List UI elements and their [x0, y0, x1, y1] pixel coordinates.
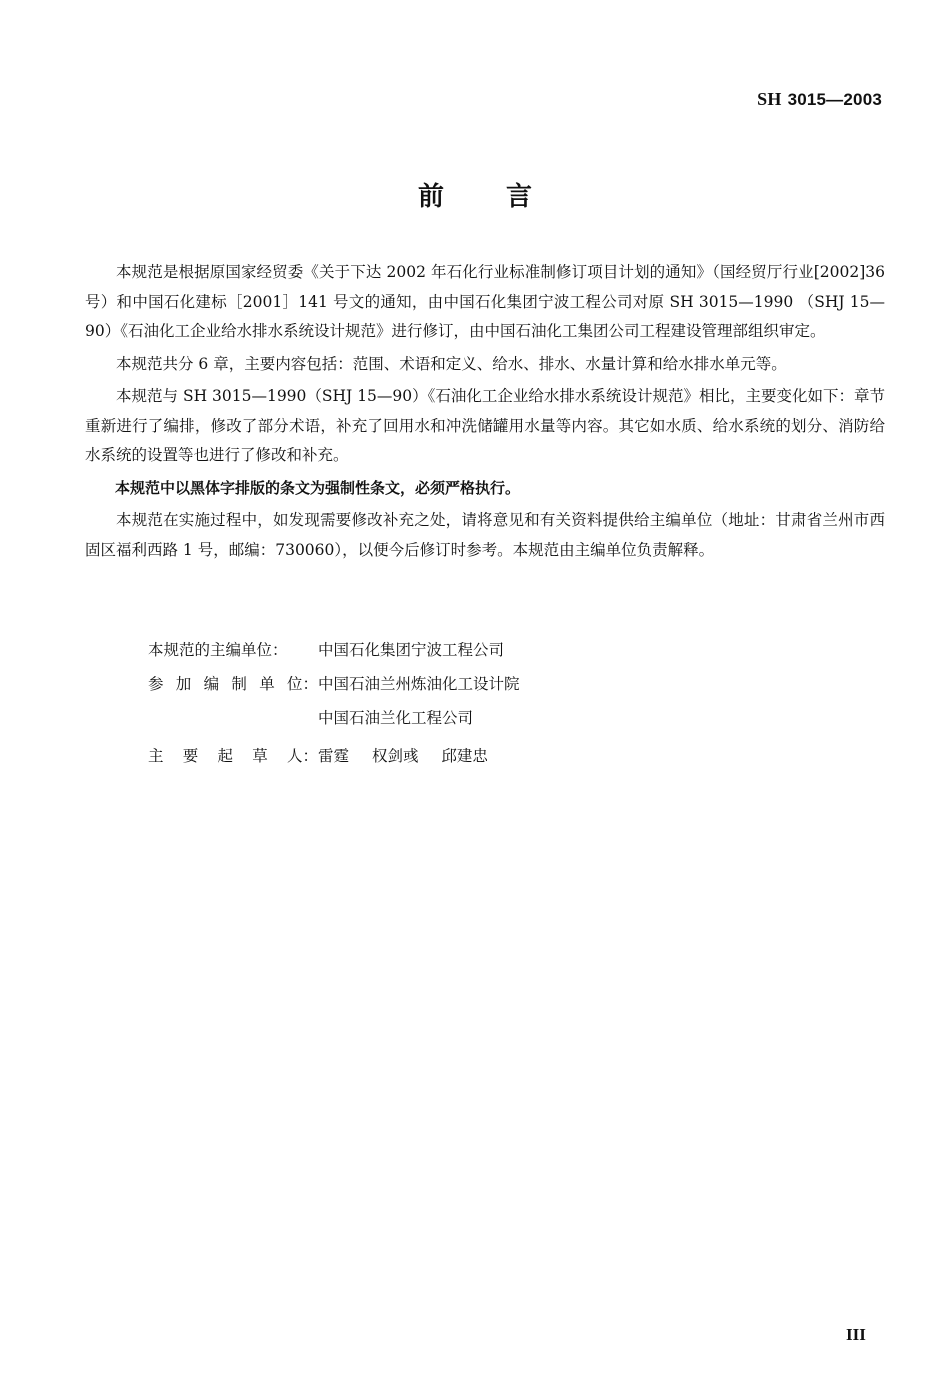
paragraph-chapters: 本规范共分 6 章，主要内容包括：范围、术语和定义、给水、排水、水量计算和给水排… [85, 350, 885, 380]
label-char: 起 [217, 744, 233, 766]
label-char: 单 [259, 672, 275, 694]
participating-units-row: 参 加 编 制 单 位： 中国石油兰州炼油化工设计院 [148, 666, 520, 700]
drafters-label: 主 要 起 草 人： [148, 744, 318, 766]
label-char: 草 [252, 744, 268, 766]
drafter-names: 雷霆 权剑彧 邱建忠 [318, 744, 506, 766]
paragraph-origin: 本规范是根据原国家经贸委《关于下达 2002 年石化行业标准制修订项目计划的通知… [85, 258, 885, 347]
label-char: 人： [287, 744, 318, 766]
foreword-body: 本规范是根据原国家经贸委《关于下达 2002 年石化行业标准制修订项目计划的通知… [85, 258, 885, 568]
credits-block: 本规范的主编单位： 中国石化集团宁波工程公司 参 加 编 制 单 位： 中国石油… [148, 632, 520, 772]
label-char: 编 [204, 672, 220, 694]
paragraph-feedback: 本规范在实施过程中，如发现需要修改补充之处，请将意见和有关资料提供给主编单位（地… [85, 506, 885, 565]
participating-units-row-2: 中国石油兰化工程公司 [148, 700, 520, 734]
participating-units-label: 参 加 编 制 单 位： [148, 672, 318, 694]
drafter-name: 邱建忠 [441, 747, 488, 765]
drafters-row: 主 要 起 草 人： 雷霆 权剑彧 邱建忠 [148, 738, 520, 772]
drafter-name: 权剑彧 [372, 747, 419, 765]
label-char: 制 [231, 672, 247, 694]
label-char: 要 [183, 744, 199, 766]
participating-unit-2: 中国石油兰化工程公司 [318, 706, 473, 728]
page-number: III [846, 1325, 866, 1345]
standard-code: SH3015—2003 [757, 89, 882, 110]
paragraph-changes: 本规范与 SH 3015—1990（SHJ 15—90）《石油化工企业给水排水系… [85, 382, 885, 471]
standard-prefix: SH [757, 89, 781, 109]
label-char: 加 [176, 672, 192, 694]
standard-number: 3015—2003 [788, 90, 882, 109]
chief-unit-label: 本规范的主编单位： [148, 638, 318, 660]
drafter-name: 雷霆 [318, 747, 349, 765]
paragraph-mandatory: 本规范中以黑体字排版的条文为强制性条文，必须严格执行。 [85, 474, 885, 504]
page-title: 前言 [0, 176, 950, 213]
label-char: 参 [148, 672, 164, 694]
label-char: 位： [287, 672, 318, 694]
chief-unit-row: 本规范的主编单位： 中国石化集团宁波工程公司 [148, 632, 520, 666]
participating-unit-1: 中国石油兰州炼油化工设计院 [318, 672, 520, 694]
label-char: 主 [148, 744, 164, 766]
chief-unit-value: 中国石化集团宁波工程公司 [318, 638, 504, 660]
